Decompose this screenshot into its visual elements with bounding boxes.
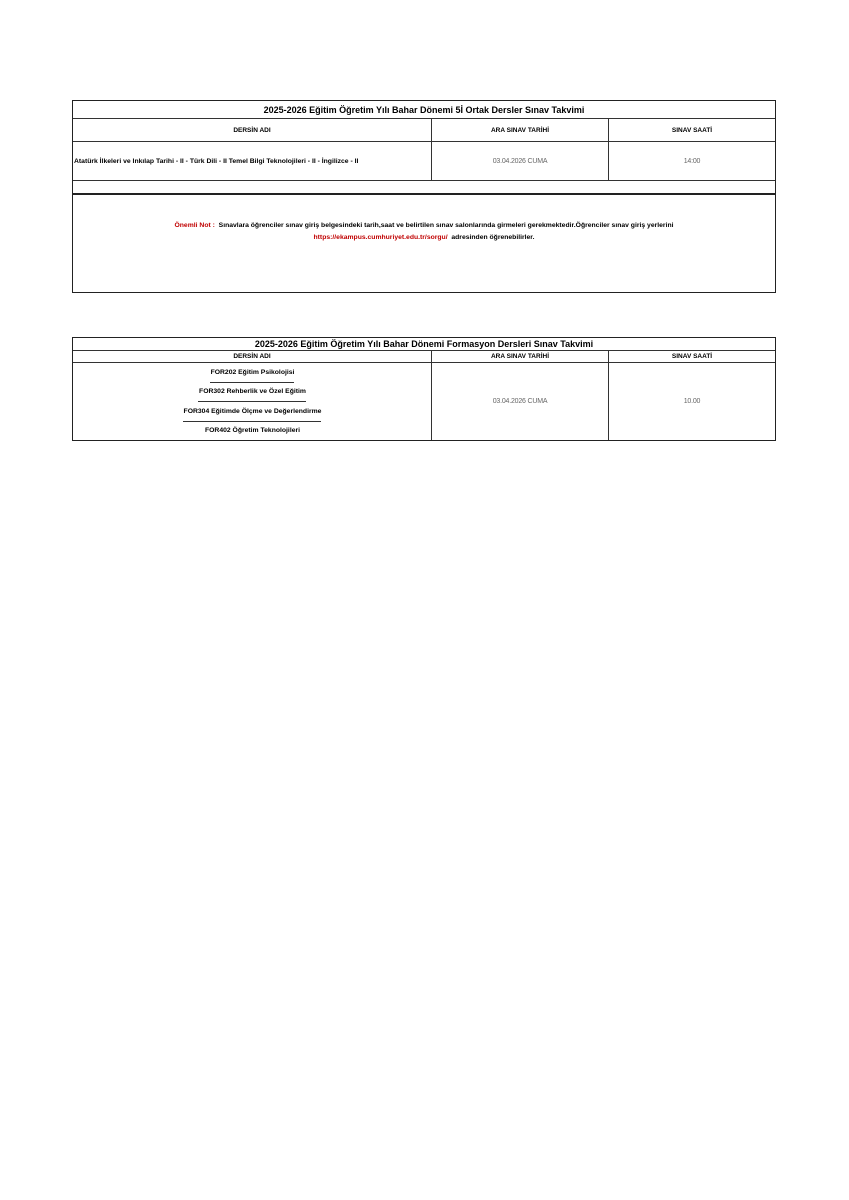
course-name: Atatürk İlkeleri ve Inkılap Tarihi - II … bbox=[73, 142, 432, 180]
exam-time: 10.00 bbox=[609, 363, 775, 440]
note-link[interactable]: https://ekampus.cumhuriyet.edu.tr/sorgu/ bbox=[314, 234, 448, 241]
table-row: FOR202 Eğitim Psikolojisi bbox=[210, 363, 295, 383]
header-exam-time: SINAV SAATİ bbox=[609, 119, 775, 141]
table-row: FOR402 Öğretim Teknolojileri bbox=[204, 422, 300, 441]
header-exam-date: ARA SINAV TARİHİ bbox=[432, 119, 609, 141]
header-exam-date: ARA SINAV TARİHİ bbox=[432, 351, 609, 362]
note-suffix: adresinden öğrenebilirler. bbox=[448, 234, 535, 241]
table-title: 2025-2026 Eğitim Öğretim Yılı Bahar Döne… bbox=[73, 338, 775, 350]
table-row: FOR304 Eğitimde Ölçme ve Değerlendirme bbox=[183, 402, 322, 422]
course-list: FOR202 Eğitim Psikolojisi FOR302 Rehberl… bbox=[73, 363, 432, 440]
table-title-row: 2025-2026 Eğitim Öğretim Yılı Bahar Döne… bbox=[73, 101, 775, 119]
table-body: FOR202 Eğitim Psikolojisi FOR302 Rehberl… bbox=[73, 363, 775, 440]
header-course-name: DERSİN ADI bbox=[73, 351, 432, 362]
exam-date: 03.04.2026 CUMA bbox=[432, 142, 609, 180]
table-title-row: 2025-2026 Eğitim Öğretim Yılı Bahar Döne… bbox=[73, 338, 775, 351]
note-text: Sınavlara öğrenciler sınav giriş belgesi… bbox=[215, 222, 674, 229]
important-note-box: Önemli Not : Sınavlara öğrenciler sınav … bbox=[72, 193, 776, 293]
table-row: FOR302 Rehberlik ve Özel Eğitim bbox=[198, 383, 306, 403]
common-courses-exam-table: 2025-2026 Eğitim Öğretim Yılı Bahar Döne… bbox=[72, 100, 776, 195]
note-label: Önemli Not : bbox=[174, 222, 214, 229]
exam-time: 14:00 bbox=[609, 142, 775, 180]
exam-date: 03.04.2026 CUMA bbox=[432, 363, 609, 440]
header-course-name: DERSİN ADI bbox=[73, 119, 432, 141]
table-header-row: DERSİN ADI ARA SINAV TARİHİ SINAV SAATİ bbox=[73, 351, 775, 363]
header-exam-time: SINAV SAATİ bbox=[609, 351, 775, 362]
note-line-1: Önemli Not : Sınavlara öğrenciler sınav … bbox=[73, 222, 775, 229]
table-title: 2025-2026 Eğitim Öğretim Yılı Bahar Döne… bbox=[73, 101, 775, 118]
table-row: Atatürk İlkeleri ve Inkılap Tarihi - II … bbox=[73, 142, 775, 181]
note-line-2: https://ekampus.cumhuriyet.edu.tr/sorgu/… bbox=[73, 234, 775, 241]
table-header-row: DERSİN ADI ARA SINAV TARİHİ SINAV SAATİ bbox=[73, 119, 775, 142]
pedagogy-courses-exam-table: 2025-2026 Eğitim Öğretim Yılı Bahar Döne… bbox=[72, 337, 776, 441]
